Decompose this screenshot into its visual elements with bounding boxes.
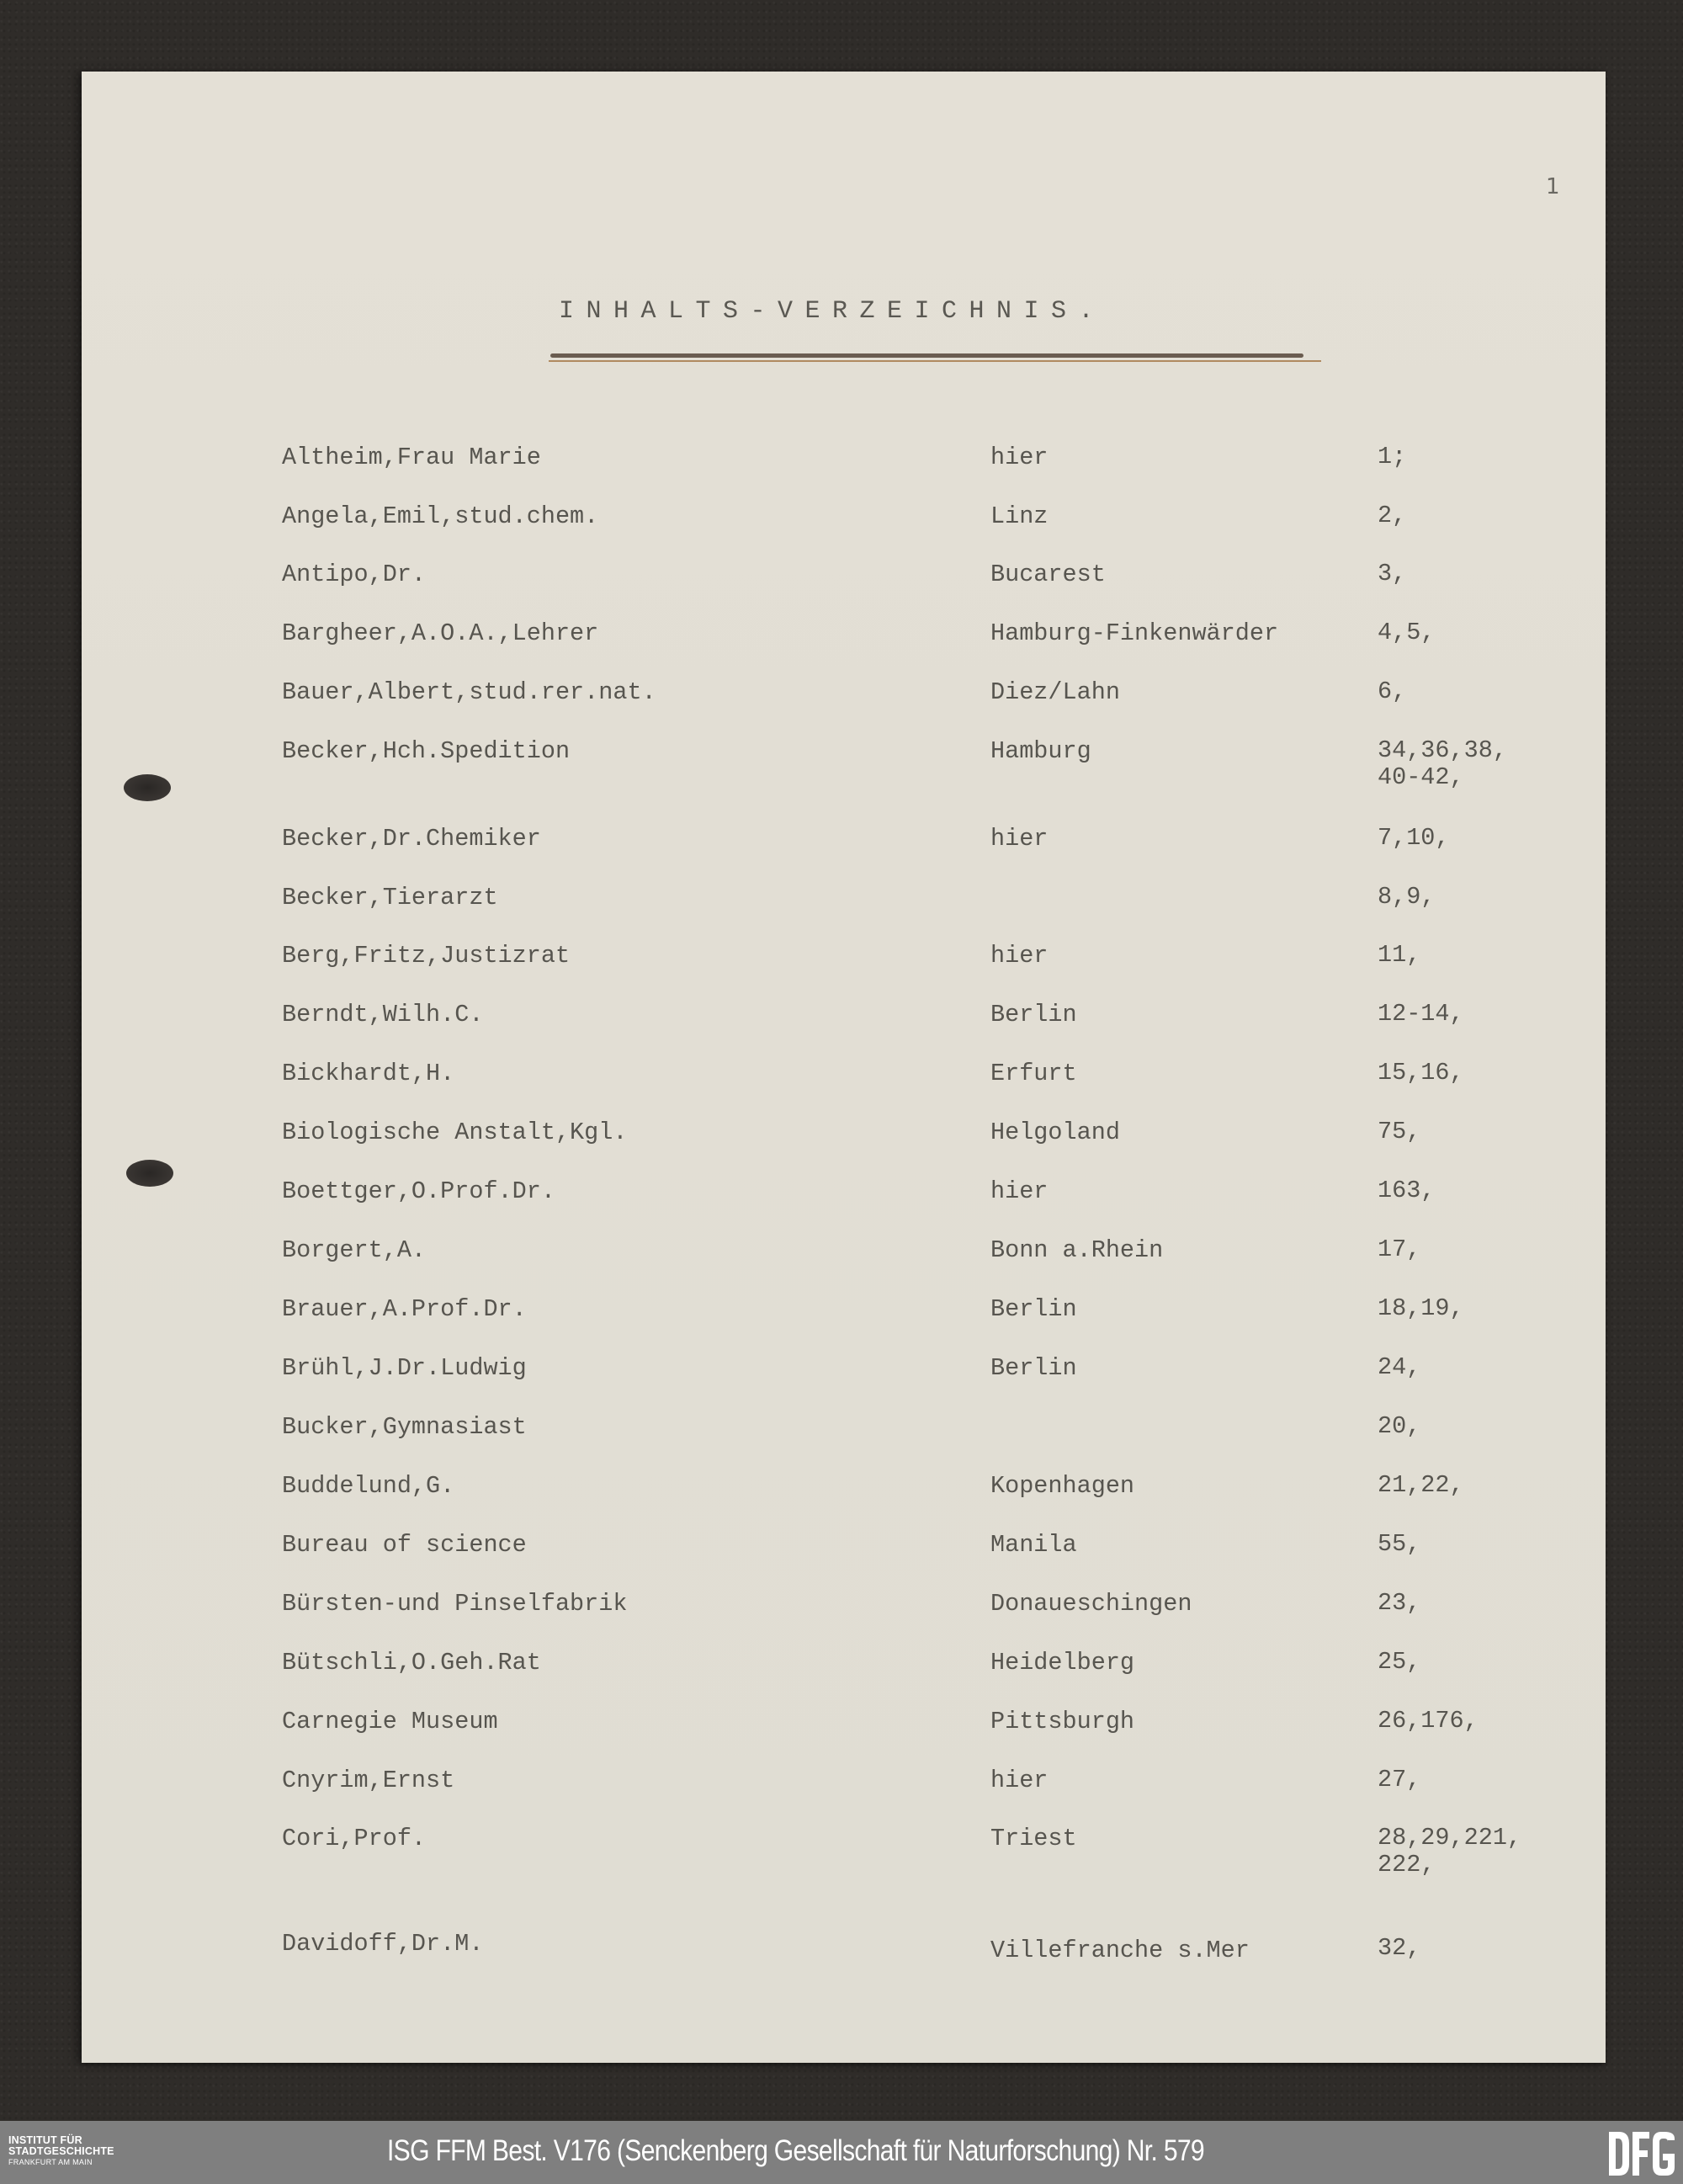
index-entry: Davidoff,Dr.M. Villefranche s.Mer 32, xyxy=(82,1930,1606,1963)
title-underline-thin xyxy=(549,360,1321,362)
entry-pages: 11, xyxy=(1378,942,1420,969)
dfg-logo-icon xyxy=(1607,2128,1676,2179)
entry-pages: 26,176, xyxy=(1378,1708,1479,1735)
index-entry: Bauer,Albert,stud.rer.nat. Diez/Lahn 6, xyxy=(82,678,1606,712)
index-entry: Cori,Prof. Triest 28,29,221, 222, xyxy=(82,1825,1606,1888)
entry-pages: 21,22, xyxy=(1378,1472,1464,1499)
index-entry: Bucker,Gymnasiast 20, xyxy=(82,1413,1606,1447)
entry-place: Donaueschingen xyxy=(990,1590,1192,1618)
entry-name: Becker,Tierarzt xyxy=(282,884,498,911)
entry-name: Berndt,Wilh.C. xyxy=(282,1001,483,1028)
index-entry: Bargheer,A.O.A.,Lehrer Hamburg-Finkenwär… xyxy=(82,619,1606,653)
entry-name: Bureau of science xyxy=(282,1531,527,1559)
entry-name: Bauer,Albert,stud.rer.nat. xyxy=(282,678,656,706)
entry-pages-line1: 28,29,221, xyxy=(1378,1825,1521,1852)
entry-pages: 8,9, xyxy=(1378,884,1435,911)
entry-place: hier xyxy=(990,942,1048,970)
entry-place: hier xyxy=(990,825,1048,853)
entry-pages-line2: 40-42, xyxy=(1378,764,1507,791)
entry-name: Altheim,Frau Marie xyxy=(282,444,541,471)
entry-pages: 163, xyxy=(1378,1177,1435,1204)
index-entry: Bickhardt,H. Erfurt 15,16, xyxy=(82,1060,1606,1093)
index-entry: Bürsten-und Pinselfabrik Donaueschingen … xyxy=(82,1590,1606,1623)
entry-pages: 4,5, xyxy=(1378,619,1435,646)
entry-place: Linz xyxy=(990,502,1048,530)
entry-name: Buddelund,G. xyxy=(282,1472,454,1500)
index-entry: Carnegie Museum Pittsburgh 26,176, xyxy=(82,1708,1606,1741)
entry-name: Boettger,O.Prof.Dr. xyxy=(282,1177,555,1205)
archive-caption: ISG FFM Best. V176 (Senckenberg Gesellsc… xyxy=(387,2134,1204,2168)
index-entry: Berg,Fritz,Justizrat hier 11, xyxy=(82,942,1606,975)
entry-place: Helgoland xyxy=(990,1119,1120,1146)
entry-place: Erfurt xyxy=(990,1060,1077,1087)
page-title: INHALTS-VERZEICHNIS. xyxy=(559,297,1106,326)
entry-place: Berlin xyxy=(990,1354,1077,1382)
entry-name: Cnyrim,Ernst xyxy=(282,1767,454,1794)
entry-place: Berlin xyxy=(990,1001,1077,1028)
entry-place: hier xyxy=(990,1177,1048,1205)
entry-place: Bucarest xyxy=(990,561,1106,588)
entry-name: Davidoff,Dr.M. xyxy=(282,1930,483,1958)
entry-name: Bütschli,O.Geh.Rat xyxy=(282,1649,541,1677)
entry-pages: 34,36,38, 40-42, xyxy=(1378,737,1507,791)
entry-name: Brühl,J.Dr.Ludwig xyxy=(282,1354,527,1382)
entry-pages: 6, xyxy=(1378,678,1406,705)
entry-place: Hamburg-Finkenwärder xyxy=(990,619,1278,647)
entry-pages: 28,29,221, 222, xyxy=(1378,1825,1521,1878)
entry-name: Berg,Fritz,Justizrat xyxy=(282,942,570,970)
institution-line-3: FRANKFURT AM MAIN xyxy=(8,2157,114,2168)
entry-pages: 24, xyxy=(1378,1354,1420,1381)
entry-pages: 7,10, xyxy=(1378,825,1450,852)
entry-pages: 55, xyxy=(1378,1531,1420,1558)
entry-pages: 75, xyxy=(1378,1119,1420,1145)
entry-place: Manila xyxy=(990,1531,1077,1559)
entry-place: Hamburg xyxy=(990,737,1091,765)
index-entry: Altheim,Frau Marie hier 1; xyxy=(82,444,1606,477)
page-number: 1 xyxy=(1546,174,1560,199)
institution-line-2: STADTGESCHICHTE xyxy=(8,2146,114,2157)
index-entry: Buddelund,G. Kopenhagen 21,22, xyxy=(82,1472,1606,1506)
title-underline xyxy=(550,353,1303,358)
entry-pages: 15,16, xyxy=(1378,1060,1464,1087)
institution-logo: INSTITUT FÜR STADTGESCHICHTE FRANKFURT A… xyxy=(8,2135,114,2168)
entry-name: Biologische Anstalt,Kgl. xyxy=(282,1119,627,1146)
entry-name: Bürsten-und Pinselfabrik xyxy=(282,1590,627,1618)
index-entry: Brauer,A.Prof.Dr. Berlin 18,19, xyxy=(82,1295,1606,1329)
entry-place: Pittsburgh xyxy=(990,1708,1134,1735)
entry-name: Cori,Prof. xyxy=(282,1825,426,1852)
entry-pages: 2, xyxy=(1378,502,1406,529)
entry-place: Berlin xyxy=(990,1295,1077,1323)
index-entry: Boettger,O.Prof.Dr. hier 163, xyxy=(82,1177,1606,1211)
index-entry: Borgert,A. Bonn a.Rhein 17, xyxy=(82,1236,1606,1270)
index-entry: Cnyrim,Ernst hier 27, xyxy=(82,1767,1606,1800)
entry-pages: 1; xyxy=(1378,444,1406,470)
entry-name: Bargheer,A.O.A.,Lehrer xyxy=(282,619,598,647)
index-entry: Becker,Dr.Chemiker hier 7,10, xyxy=(82,825,1606,858)
entry-name: Bickhardt,H. xyxy=(282,1060,454,1087)
entry-pages: 25, xyxy=(1378,1649,1420,1676)
entry-pages: 3, xyxy=(1378,561,1406,587)
entry-place: Bonn a.Rhein xyxy=(990,1236,1163,1264)
entry-name: Becker,Dr.Chemiker xyxy=(282,825,541,853)
entry-place: hier xyxy=(990,444,1048,471)
index-entry: Becker,Hch.Spedition Hamburg 34,36,38, 4… xyxy=(82,737,1606,800)
index-entry: Angela,Emil,stud.chem. Linz 2, xyxy=(82,502,1606,536)
entry-pages: 32, xyxy=(1378,1935,1420,1962)
entry-place: Kopenhagen xyxy=(990,1472,1134,1500)
entry-pages-line1: 34,36,38, xyxy=(1378,737,1507,764)
entry-name: Becker,Hch.Spedition xyxy=(282,737,570,765)
index-entry: Berndt,Wilh.C. Berlin 12-14, xyxy=(82,1001,1606,1034)
index-entry: Antipo,Dr. Bucarest 3, xyxy=(82,561,1606,594)
entry-pages: 27, xyxy=(1378,1767,1420,1793)
entry-place: hier xyxy=(990,1767,1048,1794)
document-page: 1 INHALTS-VERZEICHNIS. Altheim,Frau Mari… xyxy=(82,72,1606,2063)
entry-pages: 17, xyxy=(1378,1236,1420,1263)
entry-pages: 12-14, xyxy=(1378,1001,1464,1028)
entry-name: Angela,Emil,stud.chem. xyxy=(282,502,598,530)
entry-pages: 18,19, xyxy=(1378,1295,1464,1322)
index-entry: Bütschli,O.Geh.Rat Heidelberg 25, xyxy=(82,1649,1606,1682)
entry-name: Brauer,A.Prof.Dr. xyxy=(282,1295,527,1323)
index-entry: Bureau of science Manila 55, xyxy=(82,1531,1606,1565)
entry-pages: 20, xyxy=(1378,1413,1420,1440)
entry-place: Heidelberg xyxy=(990,1649,1134,1677)
index-entry: Brühl,J.Dr.Ludwig Berlin 24, xyxy=(82,1354,1606,1388)
entry-name: Bucker,Gymnasiast xyxy=(282,1413,527,1441)
entry-pages: 23, xyxy=(1378,1590,1420,1617)
entry-place: Diez/Lahn xyxy=(990,678,1120,706)
entry-name: Borgert,A. xyxy=(282,1236,426,1264)
index-entry: Biologische Anstalt,Kgl. Helgoland 75, xyxy=(82,1119,1606,1152)
entry-place: Triest xyxy=(990,1825,1077,1852)
entry-place: Villefranche s.Mer xyxy=(990,1937,1250,1964)
entry-pages-line2: 222, xyxy=(1378,1852,1521,1878)
entry-name: Carnegie Museum xyxy=(282,1708,498,1735)
entry-name: Antipo,Dr. xyxy=(282,561,426,588)
index-entry: Becker,Tierarzt 8,9, xyxy=(82,884,1606,917)
archive-footer: INSTITUT FÜR STADTGESCHICHTE FRANKFURT A… xyxy=(0,2121,1683,2184)
